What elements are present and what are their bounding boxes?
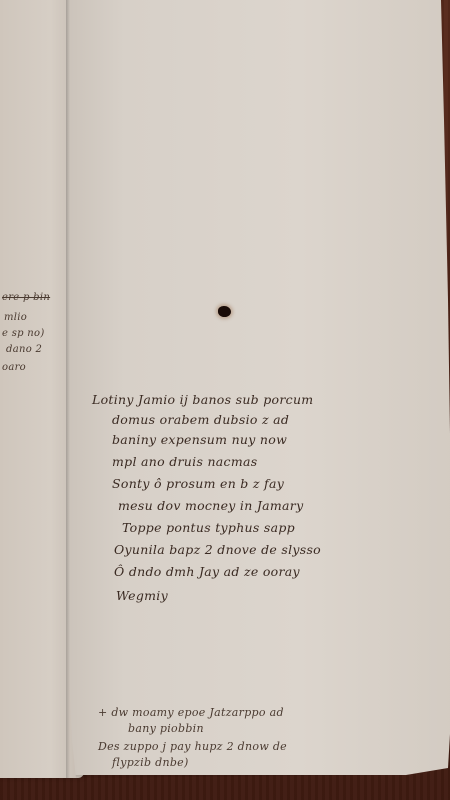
footer-line: + dw moamy epoe Jatzarppo ad <box>98 706 284 719</box>
margin-line: mlio <box>4 312 27 323</box>
margin-line: ere p bin <box>2 292 50 303</box>
margin-line: e sp no) <box>2 328 45 339</box>
page-fold-shadow <box>66 0 70 778</box>
margin-line: dano 2 <box>6 344 42 355</box>
entry-line: Ô dndo dmh Jay ad ze ooray <box>114 564 300 579</box>
entry-line: baniny expensum nuy now <box>112 432 287 447</box>
entry-line: Wegmiy <box>116 588 168 603</box>
worm-hole <box>218 306 231 317</box>
footer-line: Des zuppo j pay hupz 2 dnow de <box>98 740 287 753</box>
entry-line: mesu dov mocney in Jamary <box>118 498 303 513</box>
margin-line: oaro <box>2 362 26 373</box>
entry-line: Lotiny Jamio ij banos sub porcum <box>92 392 313 407</box>
entry-line: domus orabem dubsio z ad <box>112 412 289 427</box>
footer-line: flypzib dnbe) <box>112 756 189 769</box>
entry-line: Toppe pontus typhus sapp <box>122 520 295 535</box>
main-page <box>66 0 450 775</box>
footer-line: bany piobbin <box>128 722 204 735</box>
entry-line: mpl ano druis nacmas <box>112 454 257 469</box>
entry-line: Sonty ô prosum en b z fay <box>112 476 284 491</box>
entry-line: Oyunila bapz 2 dnove de slysso <box>114 542 321 557</box>
